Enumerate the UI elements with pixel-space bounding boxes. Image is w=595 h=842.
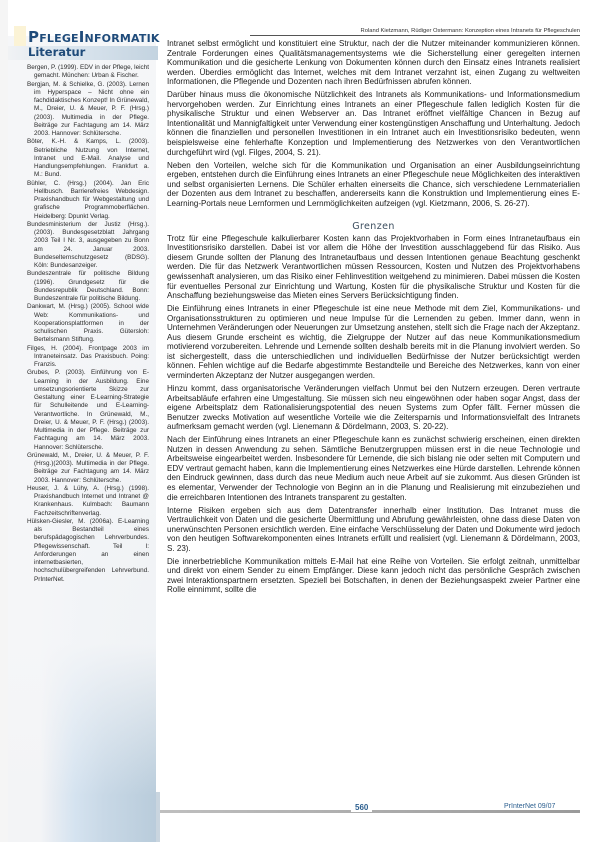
paragraph: Trotz für eine Pflegeschule kalkulierbar… [167, 234, 580, 301]
reference-item: Dankwart, M. (Hrsg.) (2005). School wide… [27, 303, 149, 344]
reference-list: Bergen, P. (1999). EDV in der Pflege, le… [27, 64, 149, 584]
reference-item: Bühler, C. (Hrsg.) (2004). Jan Eric Hell… [27, 180, 149, 221]
paragraph: Hinzu kommt, dass organisatorische Verän… [167, 384, 580, 432]
reference-item: Bergen, P. (1999). EDV in der Pflege, le… [27, 64, 149, 81]
reference-item: Filges, H. (2004). Frontpage 2003 im Int… [27, 345, 149, 370]
reference-item: Heuser, J. & Lühy, A. (Hrsg.) (1998). Pr… [27, 485, 149, 518]
reference-item: Grubes, P. (2003). Einführung von E-Lear… [27, 369, 149, 452]
reference-item: Bergjan, M. & Schielke, G. (2003). Lerne… [27, 81, 149, 139]
section-heading-limits: Grenzen [167, 222, 580, 232]
reference-item: Grünewald, M., Dreier, U. & Meuer, P. F.… [27, 452, 149, 485]
reference-item: Hülsken-Giesler, M. (2006a). E-Learning … [27, 518, 149, 584]
reference-item: Böter, K.-H. & Kamps, L. (2003). Betrieb… [27, 138, 149, 179]
paragraph: Interne Risiken ergeben sich aus dem Dat… [167, 506, 580, 554]
journal-issue-label: PrInterNet 09/07 [500, 803, 555, 810]
paragraph: Nach der Einführung eines Intranets an e… [167, 435, 580, 502]
reference-item: Bundesministerium der Justiz (Hrsg.). (2… [27, 221, 149, 271]
sidebar-edge-divider [156, 792, 160, 842]
literature-heading: Literatur [28, 45, 85, 59]
page-number: 560 [351, 803, 372, 812]
page-edge [0, 0, 8, 842]
journal-brand-title: PflegeInformatik [28, 28, 160, 46]
article-body: Intranet selbst ermöglicht und konstitui… [167, 39, 580, 599]
paragraph: Die Einführung eines Intranets in einer … [167, 304, 580, 380]
paragraph: Darüber hinaus muss die ökonomische Nütz… [167, 90, 580, 157]
paragraph: Neben den Vorteilen, welche sich für die… [167, 161, 580, 209]
running-head: Roland Kietzmann, Rüdiger Ostermann: Kon… [250, 28, 580, 36]
paragraph: Die innerbetriebliche Kommunikation mitt… [167, 557, 580, 595]
paragraph: Intranet selbst ermöglicht und konstitui… [167, 39, 580, 87]
reference-item: Bundeszentrale für politische Bildung (1… [27, 270, 149, 303]
